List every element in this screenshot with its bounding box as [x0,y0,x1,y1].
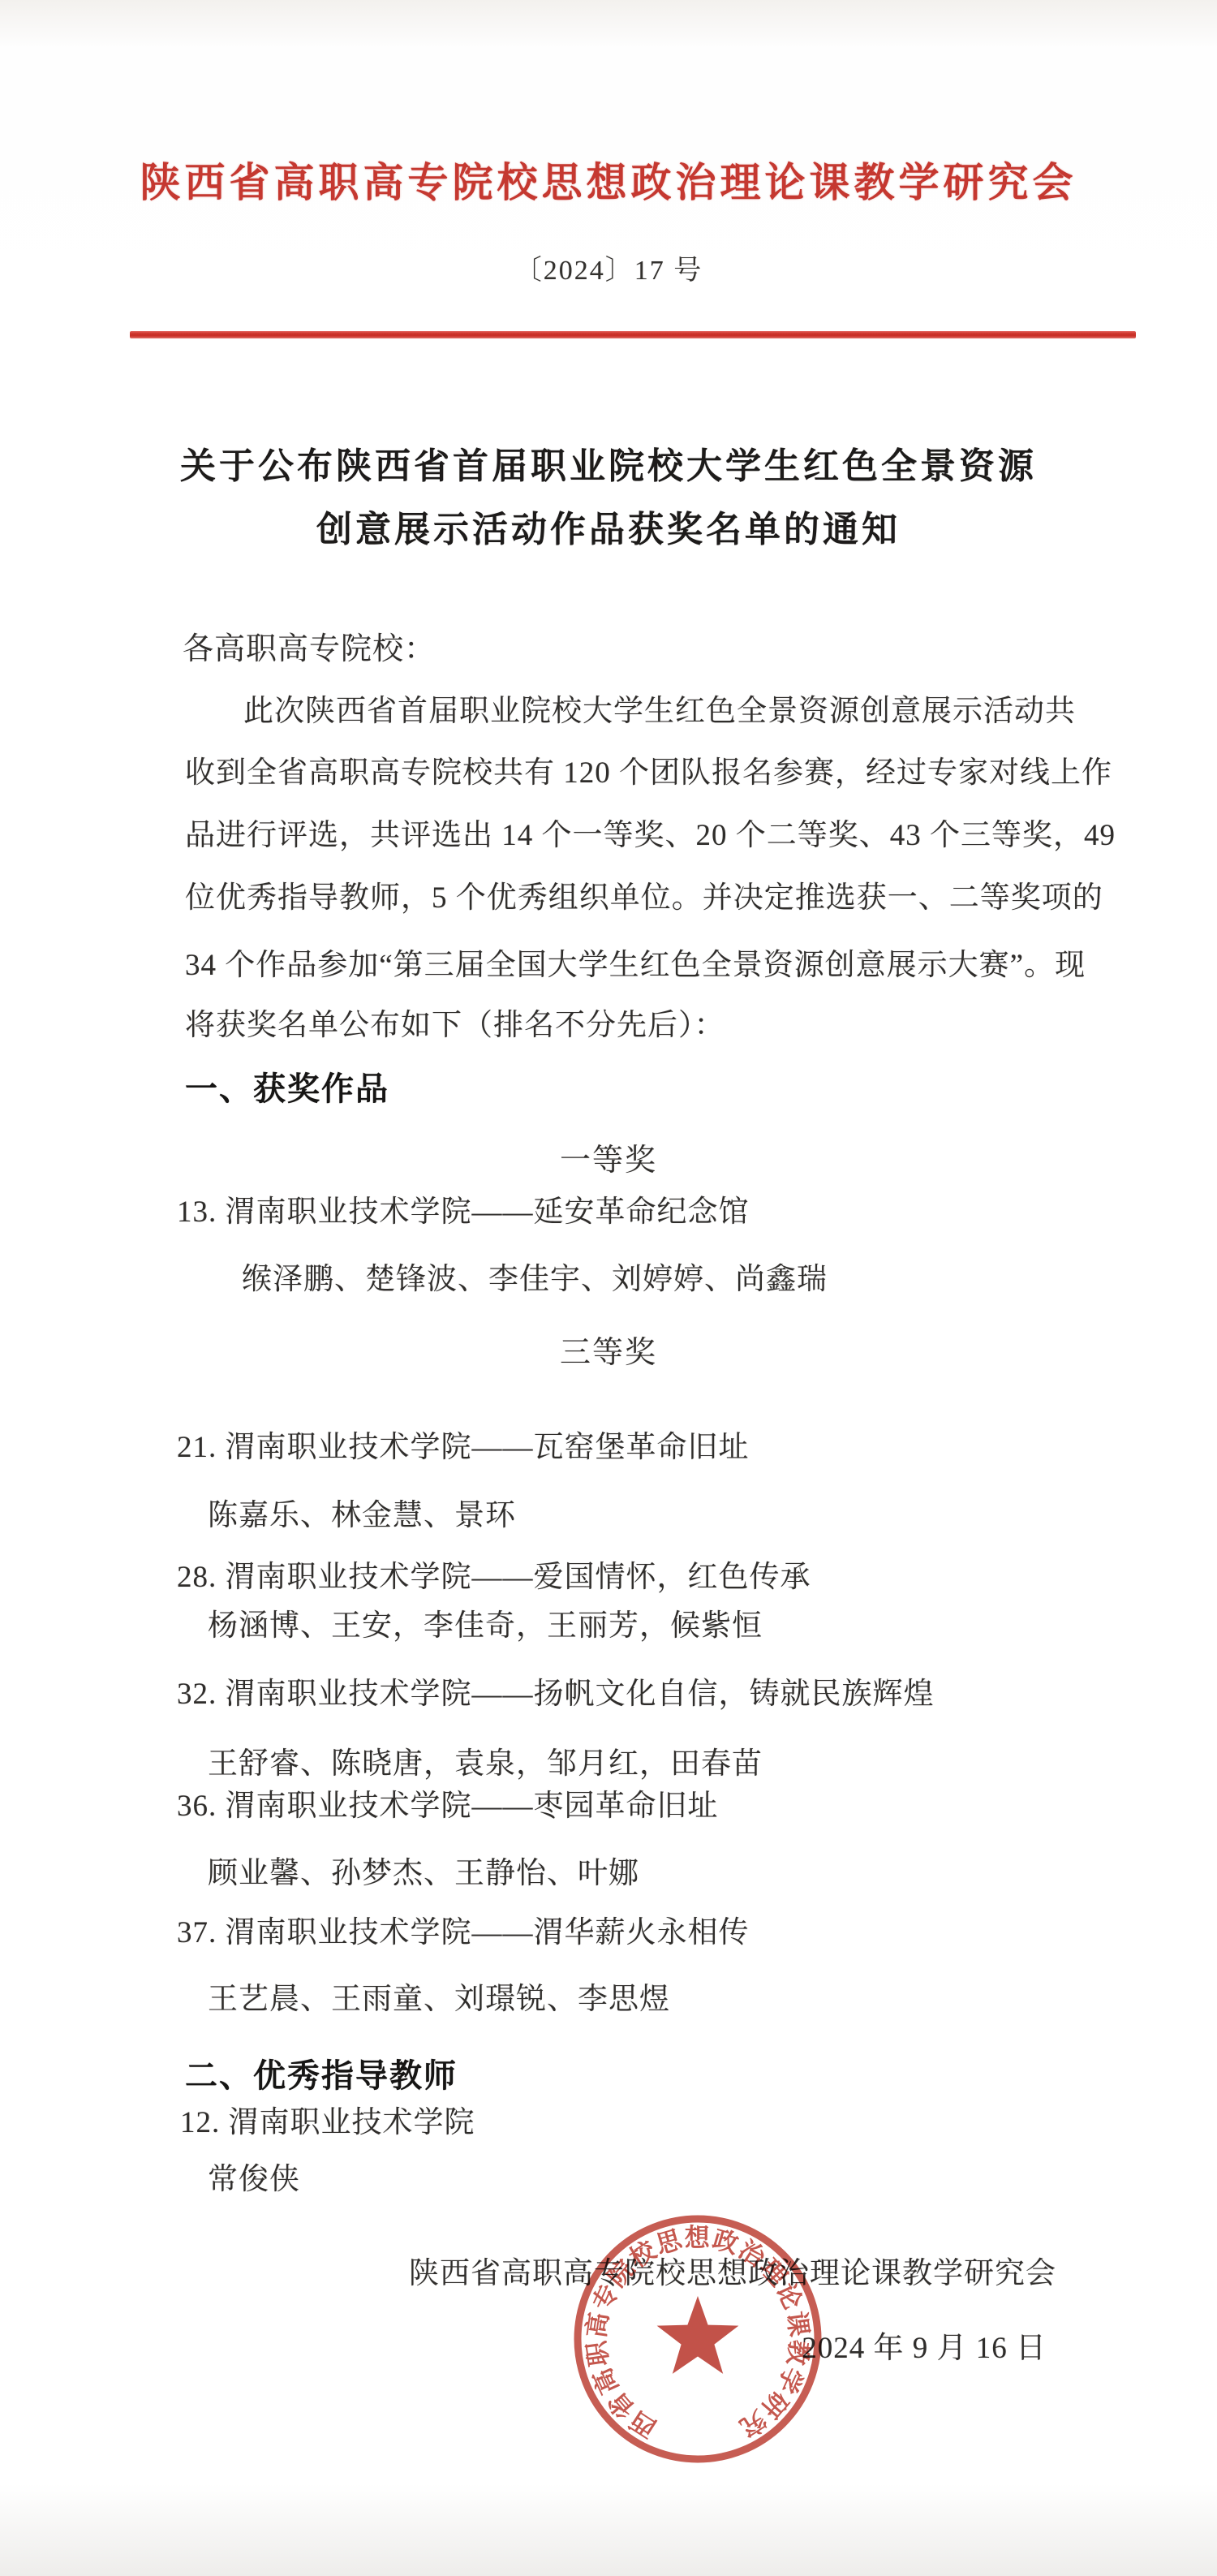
award-item: 36. 渭南职业技术学院——枣园革命旧址 [177,1781,719,1824]
award-members: 顾业馨、孙梦杰、王静怡、叶娜 [208,1848,639,1892]
doc-number: 〔2024〕17 号 [0,248,1217,287]
org-title: 陕西省高职高专院校思想政治理论课教学研究会 [0,150,1217,209]
seal-star [657,2296,739,2374]
signature-date: 2024 年 9 月 16 日 [802,2323,1047,2367]
award-members: 王舒睿、陈晓唐，袁泉，邹月红，田春苗 [208,1738,763,1782]
doc-title-line1: 关于公布陕西省首届职业院校大学生红色全景资源 [0,437,1217,489]
red-divider-line [130,331,1136,338]
official-seal: 陕西省高职高专院校思想政治理论课教学研究会 [560,2201,836,2477]
salutation: 各高职高专院校： [183,623,436,668]
body-line-5: 34 个作品参加“第三届全国大学生红色全景资源创意展示大赛”。现 [185,940,1086,984]
document-page: 陕西省高职高专院校思想政治理论课教学研究会 〔2024〕17 号 关于公布陕西省… [0,0,1217,2576]
award-item: 32. 渭南职业技术学院——扬帆文化自信，铸就民族辉煌 [177,1669,935,1712]
award-item: 13. 渭南职业技术学院——延安革命纪念馆 [177,1187,750,1230]
award-item: 37. 渭南职业技术学院——渭华薪火永相传 [177,1907,750,1951]
teacher-name: 常俊侠 [208,2154,300,2198]
body-line-3: 品进行评选，共评选出 14 个一等奖、20 个二等奖、43 个三等奖，49 [185,810,1116,854]
doc-title-line2: 创意展示活动作品获奖名单的通知 [0,500,1217,552]
teacher-item: 12. 渭南职业技术学院 [180,2097,475,2141]
body-line-6: 将获奖名单公布如下（排名不分先后）： [185,1000,725,1044]
award-item: 21. 渭南职业技术学院——瓦窑堡革命旧址 [177,1422,750,1466]
third-prize-label: 三等奖 [0,1327,1217,1372]
body-line-2: 收到全省高职高专院校共有 120 个团队报名参赛，经过专家对线上作 [185,747,1112,791]
body-line-1: 此次陕西省首届职业院校大学生红色全景资源创意展示活动共 [243,686,1076,730]
award-item: 28. 渭南职业技术学院——爱国情怀，红色传承 [177,1552,811,1596]
body-line-4: 位优秀指导教师，5 个优秀组织单位。并决定推选获一、二等奖项的 [185,872,1103,916]
section1-heading: 一、获奖作品 [185,1063,389,1109]
award-members: 杨涵博、王安，李佳奇，王丽芳，候紫恒 [208,1600,763,1644]
award-members: 缑泽鹏、楚锋波、李佳宇、刘婷婷、尚鑫瑞 [242,1254,828,1298]
section2-heading: 二、优秀指导教师 [185,2050,458,2096]
award-members: 陈嘉乐、林金慧、景环 [208,1490,516,1534]
award-members: 王艺晨、王雨童、刘璟锐、李思煜 [208,1974,670,2018]
first-prize-label: 一等奖 [0,1135,1217,1179]
